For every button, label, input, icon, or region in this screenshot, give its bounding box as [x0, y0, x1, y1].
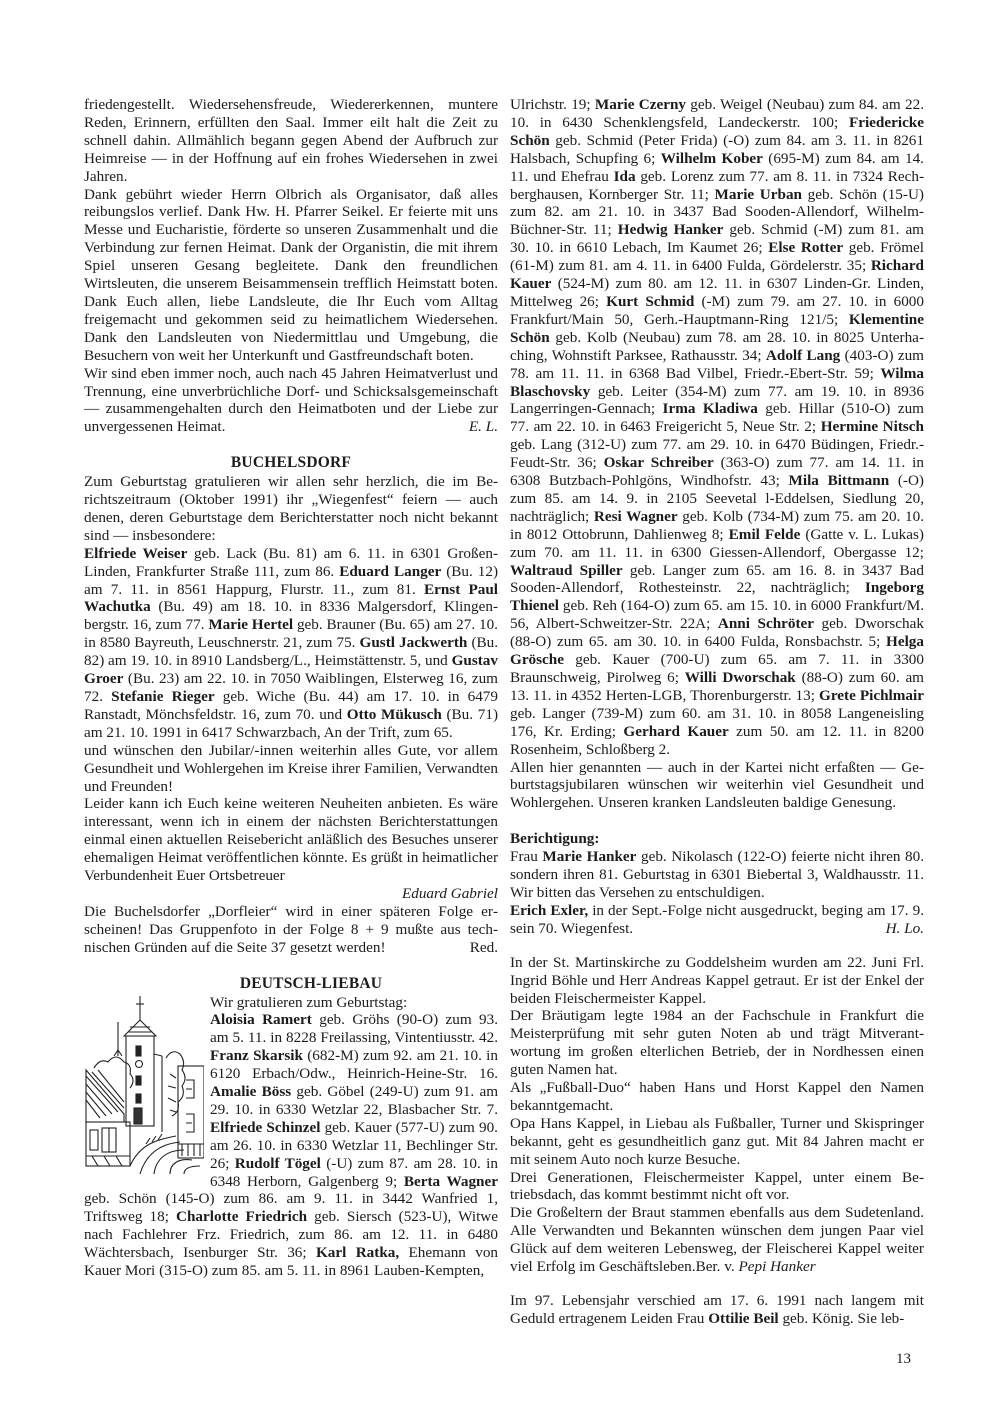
person-name: Charlotte Friedrich [176, 1208, 307, 1225]
person-name: Oskar Schreiber [604, 454, 714, 471]
wedding-paragraph: Die Großeltern der Braut stammen ebenfal… [510, 1204, 924, 1276]
church-drawing-icon [84, 994, 204, 1176]
intro-paragraph: friedengestellt. Wiedersehensfreude, Wie… [84, 96, 498, 186]
obituary-paragraph: Im 97. Lebensjahr verschied am 17. 6. 19… [510, 1292, 924, 1328]
intro-paragraph: Dank gebührt wieder Herrn Olbrich als Or… [84, 186, 498, 365]
person-name: Mila Bittmann [789, 472, 890, 489]
person-name: Ottilie Beil [708, 1310, 778, 1327]
person-name: Emil Felde [729, 526, 801, 543]
right-column: Ulrichstr. 19; Marie Czerny geb. Weigel … [510, 96, 924, 1328]
person-name: Marie Hertel [208, 616, 293, 633]
section-heading-buchelsdorf: BUCHELSDORF [84, 454, 498, 472]
correction-paragraph: Erich Exler, in der Sept.-Folge nicht au… [510, 902, 924, 938]
person-name: Elfriede Schinzel [210, 1119, 320, 1136]
wedding-paragraph: Der Bräutigam legte 1984 an der Fachschu… [510, 1007, 924, 1079]
wedding-paragraph: Als „Fußball-Duo“ haben Hans und Horst K… [510, 1079, 924, 1115]
editor-note: Die Buchelsdorfer „Dorfleier“ wird in ei… [84, 903, 498, 957]
person-name: Gustl Jackwerth [360, 634, 468, 651]
document-page: friedengestellt. Wiedersehensfreude, Wie… [0, 0, 1000, 1412]
section-heading-deutsch-liebau: DEUTSCH-LIEBAU [84, 975, 498, 993]
wedding-paragraph: Drei Generationen, Fleischermeister Kapp… [510, 1169, 924, 1205]
person-name: Willi Dworschak [685, 669, 796, 686]
church-illustration [84, 994, 204, 1176]
person-name: Gerhard Kauer [623, 723, 728, 740]
right-wishes: Allen hier genannten — auch in der Karte… [510, 759, 924, 813]
person-name: Grete Pichlmair [819, 687, 924, 704]
page-number: 13 [896, 1351, 911, 1368]
person-name: Eduard Langer [339, 563, 441, 580]
person-name: Aloisia Ramert [210, 1011, 312, 1028]
person-name: Waltraud Spiller [510, 562, 623, 579]
editor-signature: Red. [470, 939, 498, 957]
deutsch-liebau-body: Wir gratulieren zum Geburtstag: Aloisia … [84, 994, 498, 1281]
person-name: Hedwig Hanker [618, 221, 724, 238]
person-name: Else Rotter [768, 239, 843, 256]
person-name: Karl Ratka, [316, 1244, 399, 1261]
person-name: Otto Mü­kusch [347, 706, 442, 723]
wedding-paragraph: In der St. Martinskirche zu Goddelsheim … [510, 954, 924, 1008]
buchelsdorf-signature: Eduard Gabriel [84, 885, 498, 903]
person-name: Adolf Lang [766, 347, 840, 364]
correction-heading: Berichtigung: [510, 830, 924, 848]
person-name: Hermine Nitsch [821, 418, 924, 435]
person-name: Wilhelm Kober [661, 150, 763, 167]
buchelsdorf-birthday-list: Elfriede Weiser geb. Lack (Bu. 81) am 6.… [84, 545, 498, 742]
person-name: Elfriede Weiser [84, 545, 187, 562]
person-name: Marie Hanker [542, 848, 636, 865]
person-name: Amalie Böss [210, 1083, 291, 1100]
person-name: Franz Skarsik [210, 1047, 303, 1064]
buchelsdorf-intro: Zum Geburtstag gratulieren wir allen seh… [84, 473, 498, 545]
person-name: Ida [614, 168, 636, 185]
person-name: Irma Kladiwa [663, 400, 758, 417]
person-name: Rudolf Tögel [235, 1155, 321, 1172]
wedding-author: Pepi Hanker [738, 1258, 815, 1275]
person-name: Erich Exler, [510, 902, 588, 919]
buchelsdorf-closing: Leider kann ich Euch keine weiteren Neuh… [84, 795, 498, 885]
deutsch-liebau-birthday-list-continued: Ulrichstr. 19; Marie Czerny geb. Weigel … [510, 96, 924, 759]
buchelsdorf-wishes: und wünschen den Jubilar/-innen weiterhi… [84, 742, 498, 796]
person-name: Marie Urban [715, 186, 802, 203]
person-name: Berta Wag­ner [404, 1173, 498, 1190]
person-name: Stefanie Rieger [111, 688, 214, 705]
wedding-paragraph: Opa Hans Kappel, in Liebau als Fußballer… [510, 1115, 924, 1169]
left-column: friedengestellt. Wiedersehensfreude, Wie… [84, 96, 498, 1280]
person-name: Kurt Schmid [606, 293, 694, 310]
correction-signature: H. Lo. [886, 920, 924, 938]
correction-paragraph: Frau Marie Hanker geb. Nikolasch (122-O)… [510, 848, 924, 902]
person-name: Marie Czerny [595, 96, 686, 113]
person-name: Anni Schröter [718, 615, 814, 632]
person-name: Resi Wagner [594, 508, 678, 525]
